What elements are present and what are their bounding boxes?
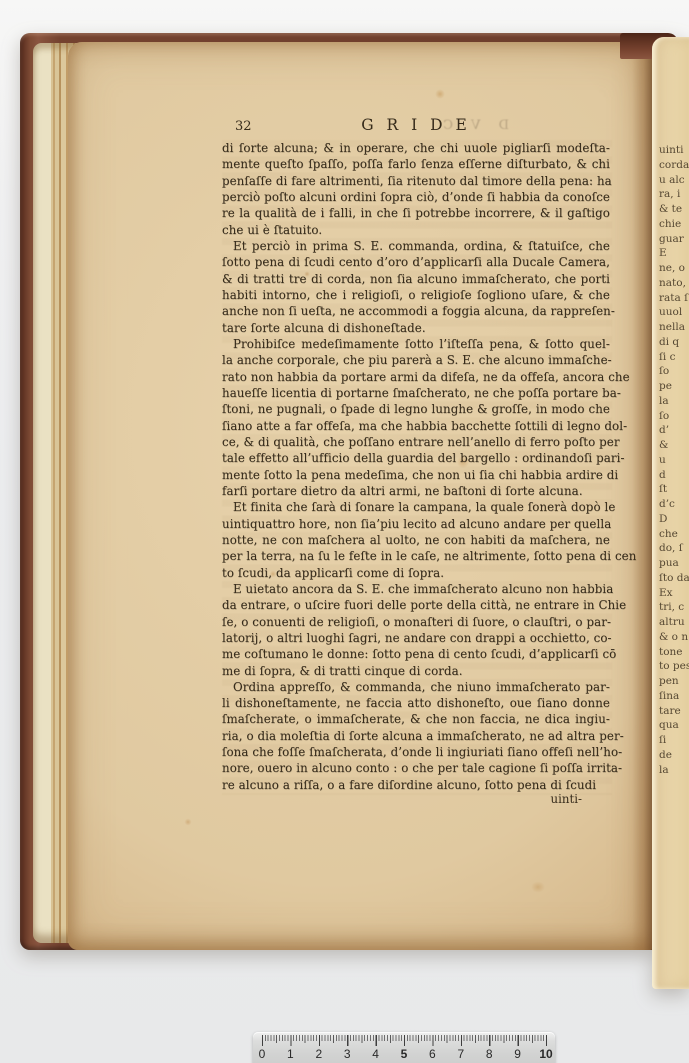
facing-page-fragment: uuol — [659, 305, 689, 320]
facing-page-fragment: d — [659, 468, 689, 483]
facing-page-fragment: do, ſ — [659, 541, 689, 556]
text-line: & di tratti tre di corda, non ſia alcuno… — [222, 271, 610, 287]
text-line: tale effetto all’ufficio della guardia d… — [222, 450, 610, 466]
facing-page-fragment: d’c — [659, 497, 689, 512]
facing-page-fragment: ra, i — [659, 187, 689, 202]
text-line: Et finita che ſarà di ſonare la campana,… — [222, 499, 610, 515]
text-line: che ui è ſtatuito. — [222, 222, 610, 238]
facing-page-fragment: de — [659, 748, 689, 763]
text-line: notte, ne con maſchera al uolto, ne con … — [222, 532, 610, 548]
text-line: me coſtumano le donne: ſotto pena di cen… — [222, 646, 610, 662]
text-line: uintiquattro hore, non ſia’piu lecito ad… — [222, 516, 610, 532]
text-line: ſotto pena di ſcudi cento d’oro d’applic… — [222, 254, 610, 270]
text-line: re alcuno a riſſa, o a fare diſordine al… — [222, 777, 610, 793]
measuring-ruler: 012345678910 — [253, 1032, 555, 1063]
facing-page-text-fragments: uinticordau alcra, i& techieguarEne, ona… — [652, 143, 689, 777]
ruler-number: 4 — [372, 1047, 379, 1061]
text-line: rato non habbia da portare armi da difeſ… — [222, 369, 610, 385]
facing-page-fragment: nato, — [659, 276, 689, 291]
facing-page-fragment: d’ — [659, 423, 689, 438]
facing-page-fragment: chie — [659, 217, 689, 232]
photo-background: D V C 32 G R I D E di ſorte alcuna; & in… — [0, 0, 689, 1063]
facing-page-fragment: u — [659, 453, 689, 468]
facing-page-fragment: Ex — [659, 586, 689, 601]
text-block: di ſorte alcuna; & in operare, che chi u… — [222, 140, 610, 793]
facing-page-fragment: to pes — [659, 659, 689, 674]
facing-page-fragment: guar — [659, 232, 689, 247]
text-line: ſtoni, ne pugnali, o ſpade di legno lung… — [222, 401, 610, 417]
facing-page-fragment: altru — [659, 615, 689, 630]
facing-page-fragment: ne, o — [659, 261, 689, 276]
text-line: tare ſorte alcuna di dishoneſtade. — [222, 320, 610, 336]
left-page: D V C 32 G R I D E di ſorte alcuna; & in… — [68, 42, 654, 950]
text-line: per la terra, na ſu le feſte in le caſe,… — [222, 548, 610, 564]
text-line: farſi portare dietro da altri armi, ne b… — [222, 483, 610, 499]
text-line: to ſcudi, da applicarſi come di ſopra. — [222, 565, 610, 581]
text-line: da entrare, o uſcire fuori delle porte d… — [222, 597, 610, 613]
ruler-number: 9 — [514, 1047, 521, 1061]
text-line: li dishoneſtamente, ne faccia atto disho… — [222, 695, 610, 711]
facing-page-fragment: ſi c — [659, 350, 689, 365]
facing-page-fragment: la — [659, 763, 689, 778]
facing-page-fragment: D — [659, 512, 689, 527]
ruler-number: 7 — [457, 1047, 464, 1061]
text-line: perciò poſto alcuni ordini ſopra ciò, d’… — [222, 189, 610, 205]
facing-page-fragment: nella — [659, 320, 689, 335]
ruler-number: 3 — [344, 1047, 351, 1061]
text-line: me di ſopra, & di tratti cinque di corda… — [222, 663, 610, 679]
book: D V C 32 G R I D E di ſorte alcuna; & in… — [20, 33, 689, 953]
catchword: uinti- — [222, 792, 610, 806]
facing-page-fragment: ſt — [659, 482, 689, 497]
facing-page-fragment: tri, c — [659, 600, 689, 615]
text-line: la anche corporale, che piu parerà a S. … — [222, 352, 610, 368]
facing-page-fragment: che — [659, 527, 689, 542]
facing-page-fragment: pua — [659, 556, 689, 571]
facing-page-fragment: ſo — [659, 409, 689, 424]
facing-page-fragment: pe — [659, 379, 689, 394]
facing-page-fragment: & — [659, 438, 689, 453]
ruler-number: 5 — [401, 1047, 408, 1061]
text-line: mente ſotto la pena medeſima, che non ui… — [222, 467, 610, 483]
facing-page-fragment: qua — [659, 718, 689, 733]
text-line: ria, o dia moleſtia di ſorte alcuna a im… — [222, 728, 610, 744]
facing-page-fragment: ſto da — [659, 571, 689, 586]
facing-page-edge: uinticordau alcra, i& techieguarEne, ona… — [652, 37, 689, 989]
facing-page-fragment: ſo — [659, 364, 689, 379]
facing-page-fragment: ſina — [659, 689, 689, 704]
text-line: ſe, o conuenti de religioſi, o monaſteri… — [222, 614, 610, 630]
text-line: Ordina appreſſo, & commanda, che niuno i… — [222, 679, 610, 695]
ruler-number: 10 — [539, 1047, 552, 1061]
text-line: penſaſſe di fare altrimenti, ſia ritenut… — [222, 173, 610, 189]
ruler-number: 8 — [486, 1047, 493, 1061]
ruler-number: 2 — [315, 1047, 322, 1061]
facing-page-fragment: rata ſ — [659, 291, 689, 306]
ruler-ticks-cm — [262, 1035, 547, 1046]
facing-page-fragment: di q — [659, 335, 689, 350]
text-line: anche non ſi ueſta, ne accommodi a foggi… — [222, 303, 610, 319]
facing-page-fragment: u alc — [659, 173, 689, 188]
text-line: ſiano atte a far offeſa, ma che habbia b… — [222, 418, 610, 434]
facing-page-fragment: tone — [659, 645, 689, 660]
text-line: habiti intorno, che i religioſi, o relig… — [222, 287, 610, 303]
ruler-number: 6 — [429, 1047, 436, 1061]
facing-page-fragment: ſi — [659, 733, 689, 748]
facing-page-fragment: la — [659, 394, 689, 409]
text-line: Et perciò in prima S. E. commanda, ordin… — [222, 238, 610, 254]
facing-page-fragment: uinti — [659, 143, 689, 158]
facing-page-fragment: & te — [659, 202, 689, 217]
facing-page-fragment: tare — [659, 704, 689, 719]
ruler-number: 0 — [259, 1047, 266, 1061]
facing-page-fragment: E — [659, 246, 689, 261]
text-line: E uietato ancora da S. E. che immaſchera… — [222, 581, 610, 597]
text-line: di ſorte alcuna; & in operare, che chi u… — [222, 140, 610, 156]
text-line: nore, ouero in alcuno conto : o che per … — [222, 760, 610, 776]
text-line: Prohibiſce medeſimamente ſotto l’iſteſſa… — [222, 336, 610, 352]
text-line: mente queſto ſpaſſo, poſſa farlo ſenza e… — [222, 156, 610, 172]
text-line: haueſſe licentia di portarne ſmaſcherato… — [222, 385, 610, 401]
facing-page-fragment: corda — [659, 158, 689, 173]
facing-page-fragment: & o n — [659, 630, 689, 645]
text-line: ſmaſcherate, o immaſcherate, & che non f… — [222, 711, 610, 727]
running-title: G R I D E — [222, 116, 610, 134]
ruler-number: 1 — [287, 1047, 294, 1061]
text-line: ce, & di qualità, che poſſano entrare ne… — [222, 434, 610, 450]
facing-page-fragment: pen — [659, 674, 689, 689]
text-line: re la qualità de i falli, in che ſi potr… — [222, 205, 610, 221]
text-line: ſona che foſſe ſmaſcherata, d’onde li in… — [222, 744, 610, 760]
text-line: latorij, o altri luoghi ſagri, ne andare… — [222, 630, 610, 646]
